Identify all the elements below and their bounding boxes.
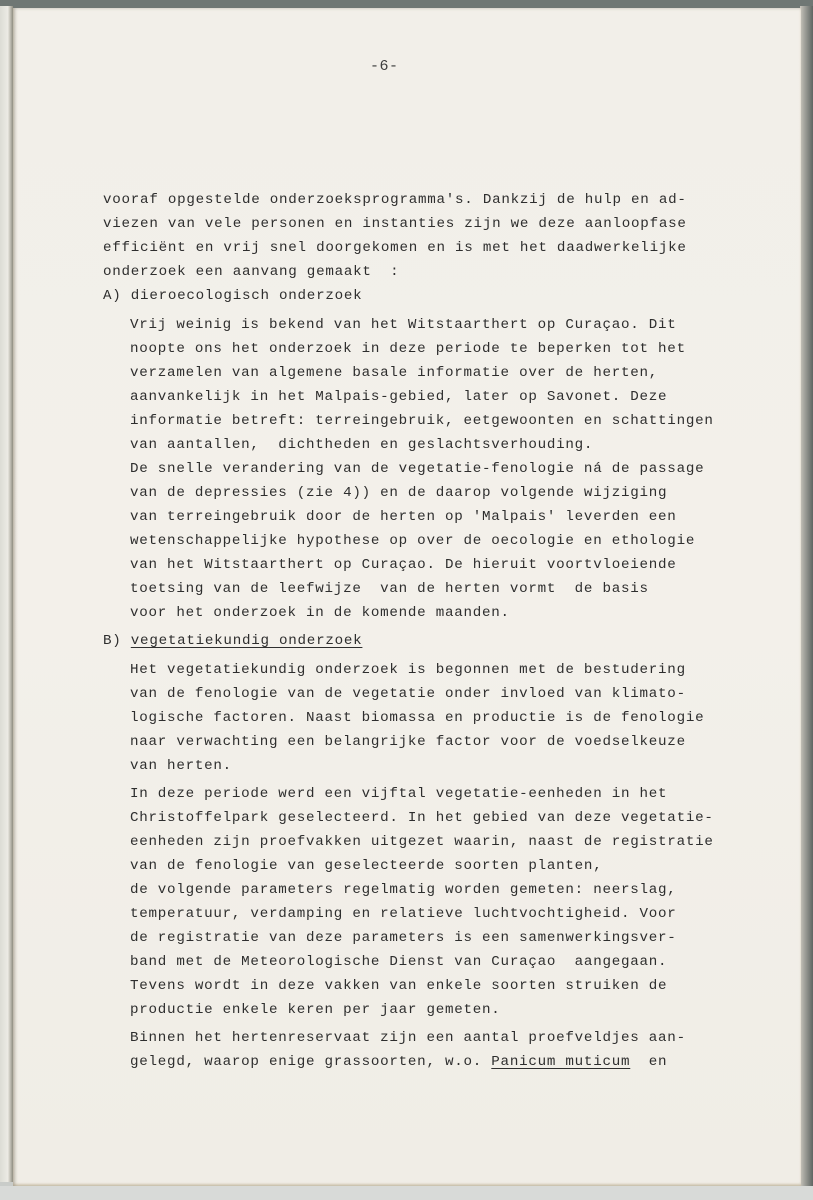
text-line-content: wetenschappelijke hypothese op over de o… <box>130 533 695 549</box>
text-line: eenheden zijn proefvakken uitgezet waari… <box>130 833 714 851</box>
text-line: efficiënt en vrij snel doorgekomen en is… <box>103 239 687 257</box>
underlined-term: vegetatiekundig onderzoek <box>131 633 363 649</box>
text-line-content: noopte ons het onderzoek in deze periode… <box>130 341 686 357</box>
text-line: van aantallen, dichtheden en geslachtsve… <box>130 436 593 454</box>
text-line: viezen van vele personen en instanties z… <box>103 215 687 233</box>
text-line-content: A) dieroecologisch onderzoek <box>103 288 362 304</box>
page-number: -6- <box>370 58 399 75</box>
text-line: Tevens wordt in deze vakken van enkele s… <box>130 977 667 995</box>
text-line: informatie betreft: terreingebruik, eetg… <box>130 412 714 430</box>
text-line-content: vooraf opgestelde onderzoeksprogramma's.… <box>103 192 687 208</box>
text-line-content: viezen van vele personen en instanties z… <box>103 216 687 232</box>
text-line: De snelle verandering van de vegetatie-f… <box>130 460 704 478</box>
text-line-content: verzamelen van algemene basale informati… <box>130 365 658 381</box>
text-line-content: informatie betreft: terreingebruik, eetg… <box>130 413 714 429</box>
text-line-content: Het vegetatiekundig onderzoek is begonne… <box>130 662 686 678</box>
text-line: vooraf opgestelde onderzoeksprogramma's.… <box>103 191 687 209</box>
text-line-content: van het Witstaarthert op Curaçao. De hie… <box>130 557 677 573</box>
text-line: A) dieroecologisch onderzoek <box>103 287 362 305</box>
text-line-content: De snelle verandering van de vegetatie-f… <box>130 461 704 477</box>
text-line-content: efficiënt en vrij snel doorgekomen en is… <box>103 240 687 256</box>
text-line: aanvankelijk in het Malpais-gebied, late… <box>130 388 667 406</box>
text-line-content: de registratie van deze parameters is ee… <box>130 930 677 946</box>
text-line-content: voor het onderzoek in de komende maanden… <box>130 605 510 621</box>
text-line-content: naar verwachting een belangrijke factor … <box>130 734 686 750</box>
text-line: van de fenologie van geselecteerde soort… <box>130 857 602 875</box>
text-line: naar verwachting een belangrijke factor … <box>130 733 686 751</box>
text-line-content: van aantallen, dichtheden en geslachtsve… <box>130 437 593 453</box>
text-line: verzamelen van algemene basale informati… <box>130 364 658 382</box>
text-line: voor het onderzoek in de komende maanden… <box>130 604 510 622</box>
scan-right-edge <box>800 6 813 1200</box>
text-line: productie enkele keren per jaar gemeten. <box>130 1001 501 1019</box>
text-line: van de fenologie van de vegetatie onder … <box>130 685 686 703</box>
text-line-content: Vrij weinig is bekend van het Witstaarth… <box>130 317 677 333</box>
text-line-content: onderzoek een aanvang gemaakt : <box>103 264 399 280</box>
text-line: van herten. <box>130 757 232 775</box>
text-line-content: Tevens wordt in deze vakken van enkele s… <box>130 978 667 994</box>
previous-page-edge <box>0 6 13 1182</box>
text-line: band met de Meteorologische Dienst van C… <box>130 953 667 971</box>
text-line-content: van herten. <box>130 758 232 774</box>
scan-top-edge <box>0 0 813 8</box>
text-line-content: B) <box>103 633 131 649</box>
text-line: de registratie van deze parameters is ee… <box>130 929 677 947</box>
document-page: -6- vooraf opgestelde onderzoeksprogramm… <box>13 8 801 1186</box>
text-line-content: logische factoren. Naast biomassa en pro… <box>130 710 704 726</box>
text-line-content: van de depressies (zie 4)) en de daarop … <box>130 485 667 501</box>
text-line-content: temperatuur, verdamping en relatieve luc… <box>130 906 677 922</box>
text-line-content: toetsing van de leefwijze van de herten … <box>130 581 649 597</box>
text-line: B) vegetatiekundig onderzoek <box>103 632 362 650</box>
text-line-content: eenheden zijn proefvakken uitgezet waari… <box>130 834 714 850</box>
text-line: logische factoren. Naast biomassa en pro… <box>130 709 704 727</box>
text-line: toetsing van de leefwijze van de herten … <box>130 580 649 598</box>
text-line: Vrij weinig is bekend van het Witstaarth… <box>130 316 677 334</box>
text-line: gelegd, waarop enige grassoorten, w.o. P… <box>130 1053 667 1071</box>
text-line-content: van de fenologie van geselecteerde soort… <box>130 858 602 874</box>
text-line: wetenschappelijke hypothese op over de o… <box>130 532 695 550</box>
text-line: de volgende parameters regelmatig worden… <box>130 881 677 899</box>
text-line: Christoffelpark geselecteerd. In het geb… <box>130 809 714 827</box>
text-line: noopte ons het onderzoek in deze periode… <box>130 340 686 358</box>
text-line-content: productie enkele keren per jaar gemeten. <box>130 1002 501 1018</box>
text-line: van het Witstaarthert op Curaçao. De hie… <box>130 556 677 574</box>
text-line-content: de volgende parameters regelmatig worden… <box>130 882 677 898</box>
text-line: temperatuur, verdamping en relatieve luc… <box>130 905 677 923</box>
text-line-content: van de fenologie van de vegetatie onder … <box>130 686 686 702</box>
text-line: van terreingebruik door de herten op 'Ma… <box>130 508 677 526</box>
text-line-content: Christoffelpark geselecteerd. In het geb… <box>130 810 714 826</box>
text-line: Het vegetatiekundig onderzoek is begonne… <box>130 661 686 679</box>
text-line-content: Binnen het hertenreservaat zijn een aant… <box>130 1030 686 1046</box>
text-line-content: aanvankelijk in het Malpais-gebied, late… <box>130 389 667 405</box>
underlined-term: Panicum muticum <box>491 1054 630 1070</box>
text-line: onderzoek een aanvang gemaakt : <box>103 263 399 281</box>
text-line-content: band met de Meteorologische Dienst van C… <box>130 954 667 970</box>
text-line-trailing: en <box>630 1054 667 1070</box>
text-line-content: van terreingebruik door de herten op 'Ma… <box>130 509 677 525</box>
text-line: van de depressies (zie 4)) en de daarop … <box>130 484 667 502</box>
text-line: Binnen het hertenreservaat zijn een aant… <box>130 1029 686 1047</box>
scan-bottom-edge <box>0 1186 813 1200</box>
text-line-content: In deze periode werd een vijftal vegetat… <box>130 786 667 802</box>
text-line-content: gelegd, waarop enige grassoorten, w.o. <box>130 1054 491 1070</box>
text-line: In deze periode werd een vijftal vegetat… <box>130 785 667 803</box>
